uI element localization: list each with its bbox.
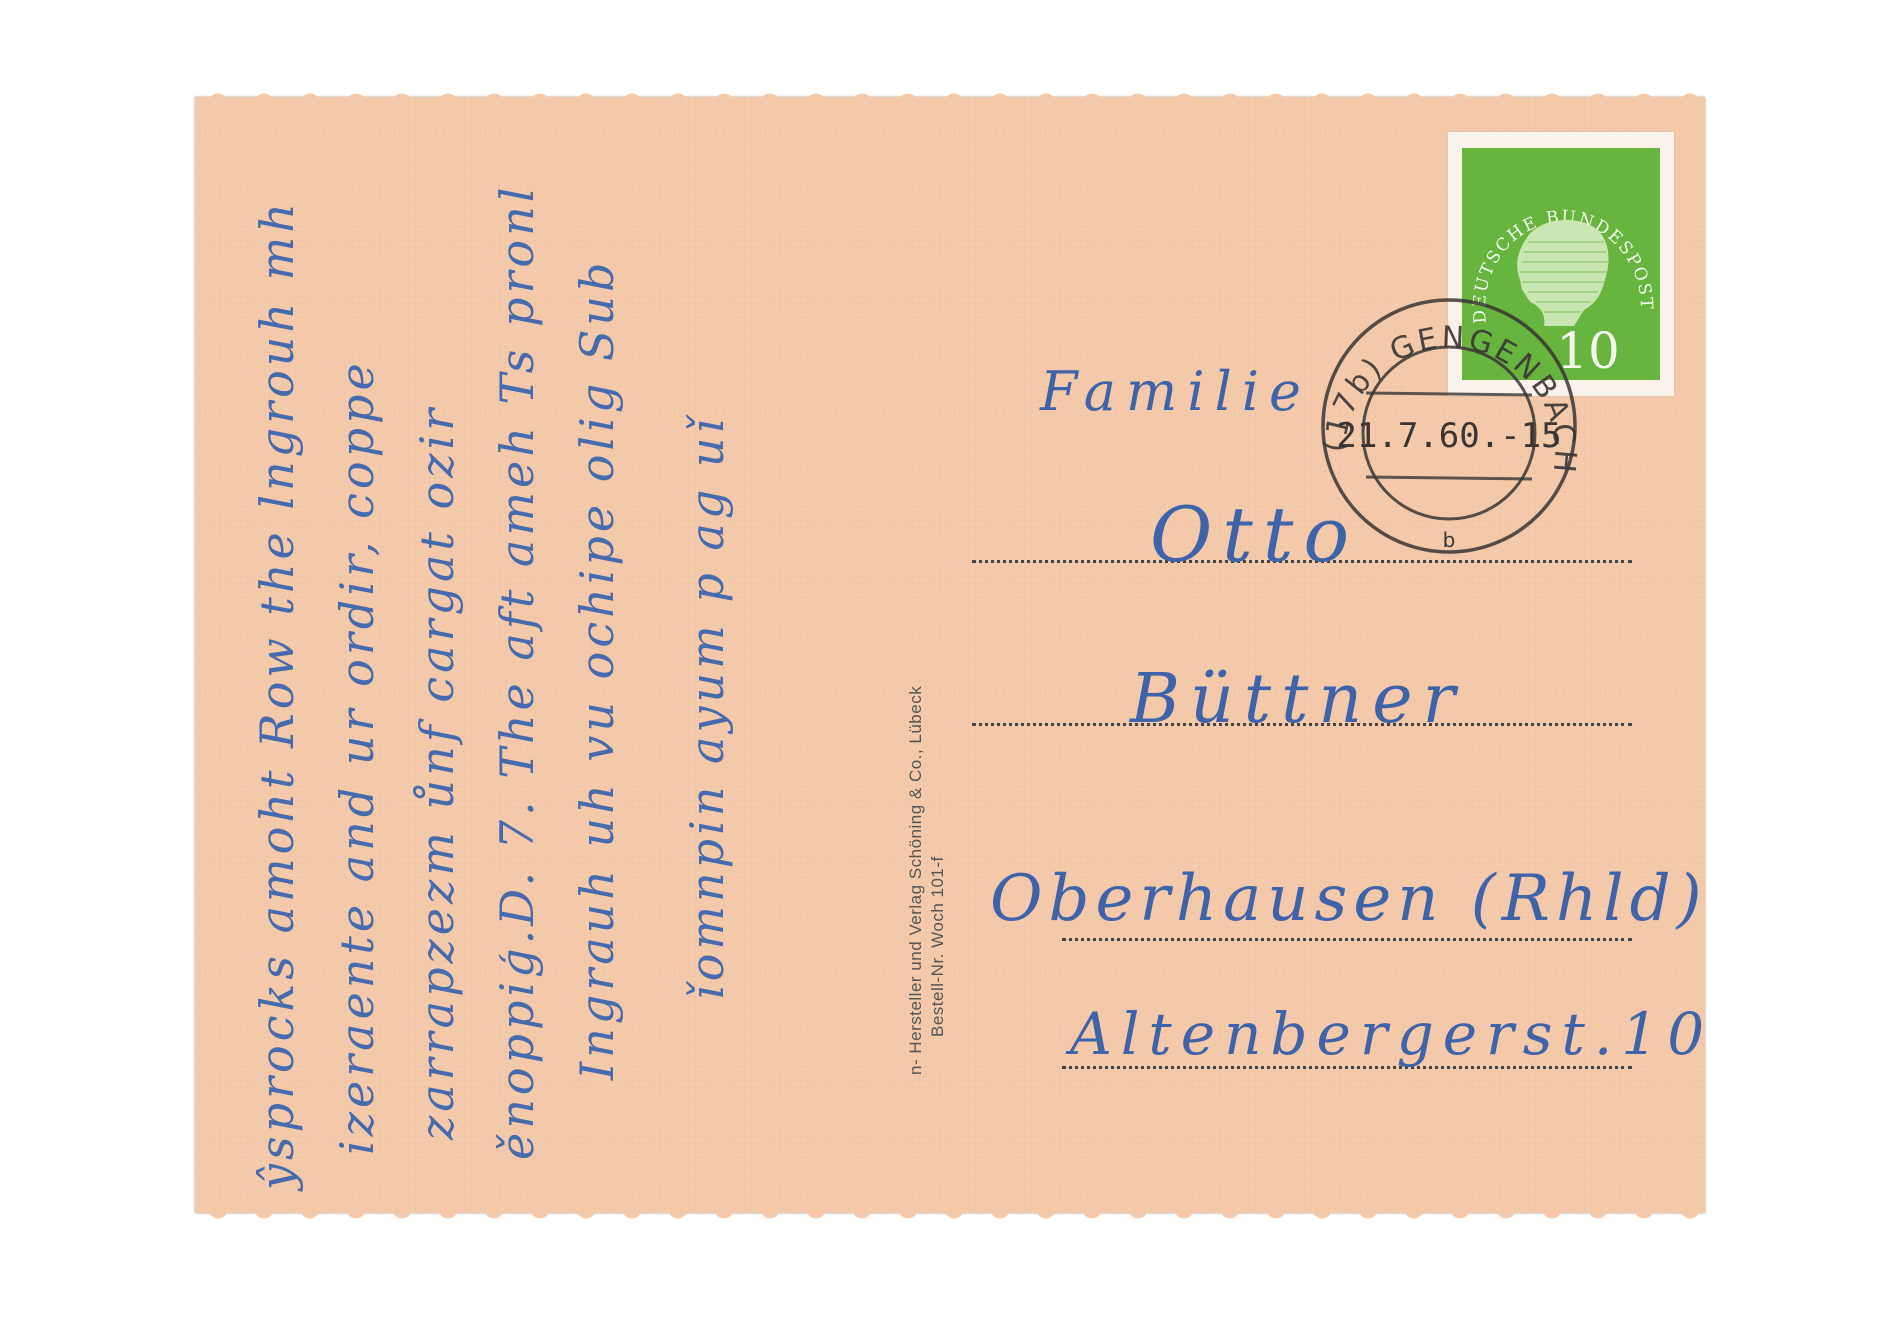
message-line: izeraente and ur ordir, coppe bbox=[330, 359, 384, 1155]
publisher-line-2: Bestell-Nr. Woch 101-f bbox=[927, 686, 949, 1075]
message-line: ŷsprocks amoht Row the lngrouh mh bbox=[250, 199, 304, 1190]
address-line-4: Oberhausen (Rhld) bbox=[990, 862, 1708, 936]
address-line-5: Altenbergerst.10 bbox=[1070, 1000, 1713, 1068]
scalloped-edge-bottom bbox=[195, 1209, 1705, 1219]
address-line-3: Büttner bbox=[1130, 660, 1465, 739]
publisher-line-1: n- Hersteller und Verlag Schöning & Co.,… bbox=[905, 686, 927, 1075]
scalloped-edge-top bbox=[195, 91, 1705, 101]
address-line-1: Familie bbox=[1040, 360, 1311, 423]
address-rule-3 bbox=[1062, 938, 1632, 941]
postmark-letter: b bbox=[1443, 528, 1456, 552]
publisher-imprint: n- Hersteller und Verlag Schöning & Co.,… bbox=[905, 686, 949, 1075]
message-line: Ingrauh uh vu ochipe olig Sub bbox=[570, 259, 624, 1081]
message-line: ǐomnpin ayum p ag uǐ bbox=[680, 415, 734, 1000]
message-line: ěnoppiģ.D. 7. The aft ameh Ts pronl bbox=[490, 184, 544, 1160]
postmark-date: 21.7.60.-15 bbox=[1336, 416, 1561, 456]
message-line: zarrapzezm ůnf cargat ozir bbox=[410, 405, 464, 1140]
postmark-cancellation: (17b) GENGENBACH 21.7.60.-15 b bbox=[1318, 295, 1580, 557]
